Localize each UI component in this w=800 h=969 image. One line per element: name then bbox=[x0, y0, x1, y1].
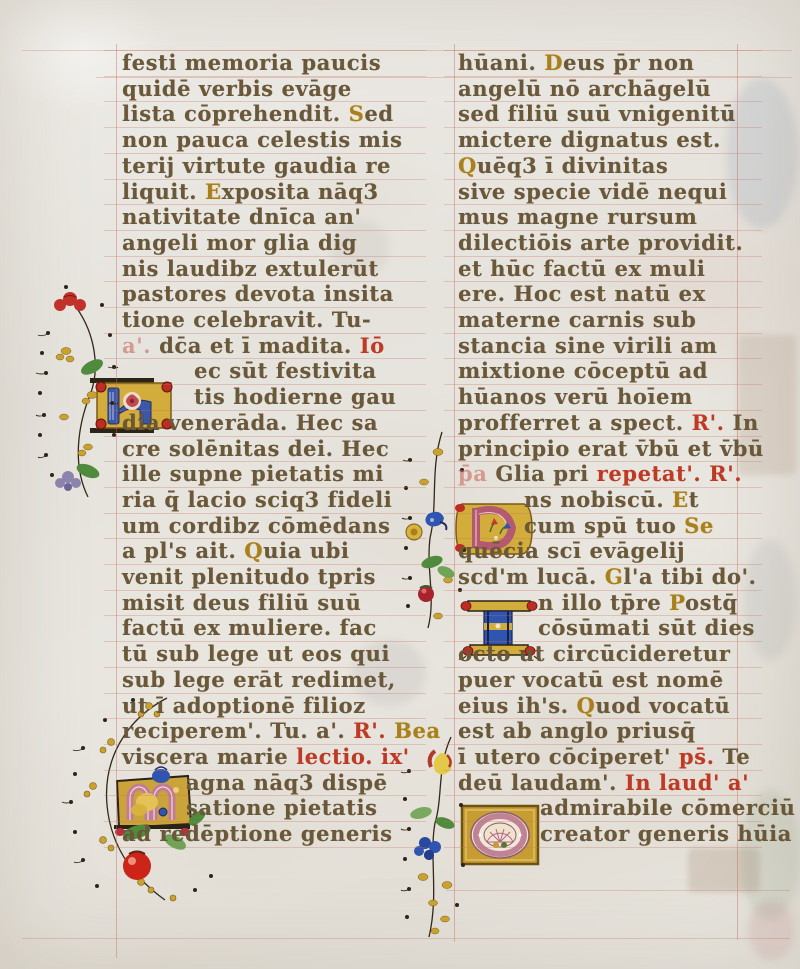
text-line: ad redēptione generis bbox=[122, 820, 393, 847]
body-text: uod vocatū bbox=[595, 692, 730, 718]
body-text: liquit. bbox=[122, 178, 205, 204]
body-text: ad redēptione generis bbox=[122, 820, 393, 846]
body-text: E bbox=[205, 178, 222, 204]
body-text: sive specie vidē nequi bbox=[458, 178, 727, 204]
body-text: hūani. bbox=[458, 49, 544, 75]
text-line: agna nāq3 dispē bbox=[186, 769, 388, 796]
body-text: ostq̄ bbox=[685, 589, 738, 615]
body-text: Glia pri bbox=[495, 460, 596, 486]
rubric-text: repetat'. R'. bbox=[597, 460, 743, 486]
text-line: mictere dignatus est. bbox=[458, 126, 721, 153]
text-line: deū laudam'. In laud' a' bbox=[458, 769, 749, 796]
body-text: eius ih's. bbox=[458, 692, 576, 718]
body-text: factū ex muliere. fac bbox=[122, 614, 377, 640]
body-text: tis hodierne gau bbox=[194, 383, 396, 409]
body-text: sub lege erāt redimet, bbox=[122, 666, 396, 692]
body-text: E bbox=[672, 486, 689, 512]
body-text: ere. Hoc est natū ex bbox=[458, 280, 706, 306]
body-text: D bbox=[544, 49, 563, 75]
text-line: tū sub lege ut eos qui bbox=[122, 640, 390, 667]
text-line: mus magne rursum bbox=[458, 203, 697, 230]
body-text: Se bbox=[684, 512, 714, 538]
blue-cluster bbox=[414, 837, 441, 860]
body-text: creator generis hūia bbox=[540, 820, 792, 846]
body-text: ut ī adoptionē filioz bbox=[122, 692, 366, 718]
body-text: nativitate dnīca an' bbox=[122, 203, 361, 229]
text-line: ut ī adoptionē filioz bbox=[122, 692, 366, 719]
body-text: profferret a spect. bbox=[458, 409, 692, 435]
ruling-line-vertical bbox=[454, 44, 455, 942]
body-text: dia venerāda. Hec sa bbox=[122, 409, 378, 435]
red-fruit bbox=[123, 852, 151, 881]
text-line: ī utero cōciperet' ps̄. Te bbox=[458, 743, 750, 770]
text-line: sed filiū suū vnigenitū bbox=[458, 100, 736, 127]
body-text: In bbox=[725, 409, 759, 435]
body-text: viscera marie bbox=[122, 743, 296, 769]
text-line: dia venerāda. Hec sa bbox=[122, 409, 378, 436]
rubric-text: lectio. ix' bbox=[296, 743, 410, 769]
body-text: misit deus filiū suū bbox=[122, 589, 361, 615]
text-line: um cordibz cōmēdans bbox=[122, 512, 390, 539]
body-text: dilectiōis arte providit. bbox=[458, 229, 743, 255]
body-text: angelū nō archāgelū bbox=[458, 75, 711, 101]
body-text: admirabile cōmerciū bbox=[540, 794, 795, 820]
text-line: ille supne pietatis mi bbox=[122, 460, 384, 487]
showthrough-right-bottom-pink bbox=[748, 900, 794, 960]
text-line: factū ex muliere. fac bbox=[122, 614, 377, 641]
text-line: satione pietatis bbox=[186, 794, 377, 821]
text-line: quēcia scī evāgelij bbox=[458, 537, 685, 564]
text-line: quidē verbis evāge bbox=[122, 75, 352, 102]
text-line: ns nobiscū. Et bbox=[524, 486, 699, 513]
text-line: lista cōprehendit. Sed bbox=[122, 100, 394, 127]
body-text: G bbox=[605, 563, 624, 589]
text-line: liquit. Exposita nāq3 bbox=[122, 178, 379, 205]
text-line: mixtione cōceptū ad bbox=[458, 357, 708, 384]
body-text: est ab anglo priusq̄ bbox=[458, 717, 696, 743]
text-line: tis hodierne gau bbox=[194, 383, 396, 410]
body-text: ec sūt festivita bbox=[194, 357, 377, 383]
text-line: p̄a Glia pri repetat'. R'. bbox=[458, 460, 742, 487]
text-line: nativitate dnīca an' bbox=[122, 203, 361, 230]
text-line: ec sūt festivita bbox=[194, 357, 377, 384]
rubric-text: p̄a bbox=[458, 460, 495, 486]
text-line: dilectiōis arte providit. bbox=[458, 229, 743, 256]
text-line: angelū nō archāgelū bbox=[458, 75, 711, 102]
text-line: Quēq3 ī divinitas bbox=[458, 152, 668, 179]
text-line: terij virtute gaudia re bbox=[122, 152, 391, 179]
text-line: nis laudibz extulerūt bbox=[122, 255, 379, 282]
text-line: et hūc factū ex muli bbox=[458, 255, 705, 282]
blue-flower bbox=[425, 512, 446, 530]
body-text: ī utero cōciperet' bbox=[458, 743, 679, 769]
rubric-text: ps̄. bbox=[679, 743, 723, 769]
body-text: pastores devota insita bbox=[122, 280, 394, 306]
body-text: terij virtute gaudia re bbox=[122, 152, 391, 178]
yellow-flower bbox=[131, 793, 158, 816]
body-text: agna nāq3 dispē bbox=[186, 769, 388, 795]
body-text: non pauca celestis mis bbox=[122, 126, 402, 152]
body-text: cre solēnitas dei. Hec bbox=[122, 435, 389, 461]
body-text: mictere dignatus est. bbox=[458, 126, 721, 152]
text-line: a'. dc̄a et ī madita. Iō bbox=[122, 332, 385, 359]
text-line: angeli mor glia dig bbox=[122, 229, 357, 256]
body-text: quēcia scī evāgelij bbox=[458, 537, 685, 563]
body-text: quidē verbis evāge bbox=[122, 75, 352, 101]
body-text: tione celebravit. Tu- bbox=[122, 306, 371, 332]
text-line: creator generis hūia bbox=[540, 820, 792, 847]
text-line: stancia sine virili am bbox=[458, 332, 717, 359]
body-text: ille supne pietatis mi bbox=[122, 460, 384, 486]
body-text: Q bbox=[576, 692, 595, 718]
body-text: ria q̄ lacio sciq3 fideli bbox=[122, 486, 392, 512]
body-text: Q bbox=[244, 537, 263, 563]
text-line: cre solēnitas dei. Hec bbox=[122, 435, 389, 462]
body-text: angeli mor glia dig bbox=[122, 229, 357, 255]
body-text: mixtione cōceptū ad bbox=[458, 357, 708, 383]
text-line: eius ih's. Quod vocatū bbox=[458, 692, 730, 719]
text-line: principio erat v̄bū et v̄bū bbox=[458, 435, 764, 462]
body-text: principio erat v̄bū et v̄bū bbox=[458, 435, 764, 461]
text-line: misit deus filiū suū bbox=[122, 589, 361, 616]
body-text: satione pietatis bbox=[186, 794, 377, 820]
body-text: cum spū tuo bbox=[524, 512, 684, 538]
body-text: puer vocatū est nomē bbox=[458, 666, 724, 692]
rubric-text: R'. bbox=[353, 717, 386, 743]
body-text: festi memoria paucis bbox=[122, 49, 381, 75]
body-text: ed bbox=[364, 100, 393, 126]
ruling-line-vertical bbox=[116, 44, 117, 958]
text-line: pastores devota insita bbox=[122, 280, 394, 307]
body-text: dc̄a et ī madita. bbox=[159, 332, 360, 358]
body-text: lista cōprehendit. bbox=[122, 100, 349, 126]
body-text: Te bbox=[722, 743, 750, 769]
body-text: stancia sine virili am bbox=[458, 332, 717, 358]
red-flower bbox=[54, 292, 86, 311]
body-text: reciperem'. Tu. a'. bbox=[122, 717, 353, 743]
text-line: reciperem'. Tu. a'. R'. Bea bbox=[122, 717, 441, 744]
floral-spray-left bbox=[30, 275, 125, 500]
rubric-text: Iō bbox=[360, 332, 385, 358]
text-line: viscera marie lectio. ix' bbox=[122, 743, 410, 770]
body-text: ns nobiscū. bbox=[524, 486, 672, 512]
text-line: sub lege erāt redimet, bbox=[122, 666, 396, 693]
body-text: hūanos verū hoīem bbox=[458, 383, 693, 409]
body-text: S bbox=[349, 100, 365, 126]
body-text: materne carnis sub bbox=[458, 306, 696, 332]
body-text: a pl's ait. bbox=[122, 537, 244, 563]
text-line: tione celebravit. Tu- bbox=[122, 306, 371, 333]
body-text: Bea bbox=[394, 717, 441, 743]
ruling-line bbox=[22, 938, 790, 939]
body-text bbox=[386, 717, 394, 743]
body-text: mus magne rursum bbox=[458, 203, 697, 229]
text-line: sive specie vidē nequi bbox=[458, 178, 727, 205]
text-line: puer vocatū est nomē bbox=[458, 666, 724, 693]
rubric-text: R'. bbox=[692, 409, 725, 435]
text-line: hūanos verū hoīem bbox=[458, 383, 693, 410]
body-text: nis laudibz extulerūt bbox=[122, 255, 379, 281]
body-text: octo ut circūcideretur bbox=[458, 640, 730, 666]
text-line: venit plenitudo tpris bbox=[122, 563, 376, 590]
ruling-line bbox=[446, 890, 790, 891]
text-line: non pauca celestis mis bbox=[122, 126, 402, 153]
body-text: et hūc factū ex muli bbox=[458, 255, 705, 281]
purple-flower bbox=[55, 471, 81, 491]
text-line: ria q̄ lacio sciq3 fideli bbox=[122, 486, 392, 513]
text-line: hūani. Deus p̄r non bbox=[458, 49, 694, 76]
body-text: l'a tibi do'. bbox=[623, 563, 756, 589]
body-text: sed filiū suū vnigenitū bbox=[458, 100, 736, 126]
text-line: octo ut circūcideretur bbox=[458, 640, 730, 667]
body-text: venit plenitudo tpris bbox=[122, 563, 376, 589]
text-line: scd'm lucā. Gl'a tibi do'. bbox=[458, 563, 756, 590]
rubric-text: In laud' a' bbox=[625, 769, 749, 795]
body-text: uia ubi bbox=[263, 537, 349, 563]
rubric-text: a'. bbox=[122, 332, 159, 358]
body-text: Q bbox=[458, 152, 477, 178]
text-line: a pl's ait. Quia ubi bbox=[122, 537, 349, 564]
body-text: uēq3 ī divinitas bbox=[477, 152, 668, 178]
body-text: P bbox=[669, 589, 685, 615]
text-line: festi memoria paucis bbox=[122, 49, 381, 76]
text-line: cōsūmati sūt dies bbox=[538, 614, 755, 641]
body-text: n illo tp̄re bbox=[538, 589, 669, 615]
text-line: admirabile cōmerciū bbox=[540, 794, 795, 821]
text-line: cum spū tuo Se bbox=[524, 512, 714, 539]
text-line: materne carnis sub bbox=[458, 306, 696, 333]
body-text: um cordibz cōmēdans bbox=[122, 512, 390, 538]
body-text: deū laudam'. bbox=[458, 769, 625, 795]
body-text: cōsūmati sūt dies bbox=[538, 614, 755, 640]
text-line: ere. Hoc est natū ex bbox=[458, 280, 706, 307]
showthrough-ghost-initial bbox=[688, 848, 760, 892]
body-text: eus p̄r non bbox=[563, 49, 694, 75]
strawberry bbox=[418, 586, 434, 602]
body-text: xposita nāq3 bbox=[222, 178, 379, 204]
text-line: n illo tp̄re Postq̄ bbox=[538, 589, 738, 616]
body-text: tū sub lege ut eos qui bbox=[122, 640, 390, 666]
body-text: t bbox=[689, 486, 699, 512]
text-line: profferret a spect. R'. In bbox=[458, 409, 759, 436]
flame-leaf bbox=[430, 751, 452, 775]
body-text: scd'm lucā. bbox=[458, 563, 605, 589]
manuscript-photo: festi memoria paucisquidē verbis evāgeli… bbox=[0, 0, 800, 969]
text-line: est ab anglo priusq̄ bbox=[458, 717, 696, 744]
